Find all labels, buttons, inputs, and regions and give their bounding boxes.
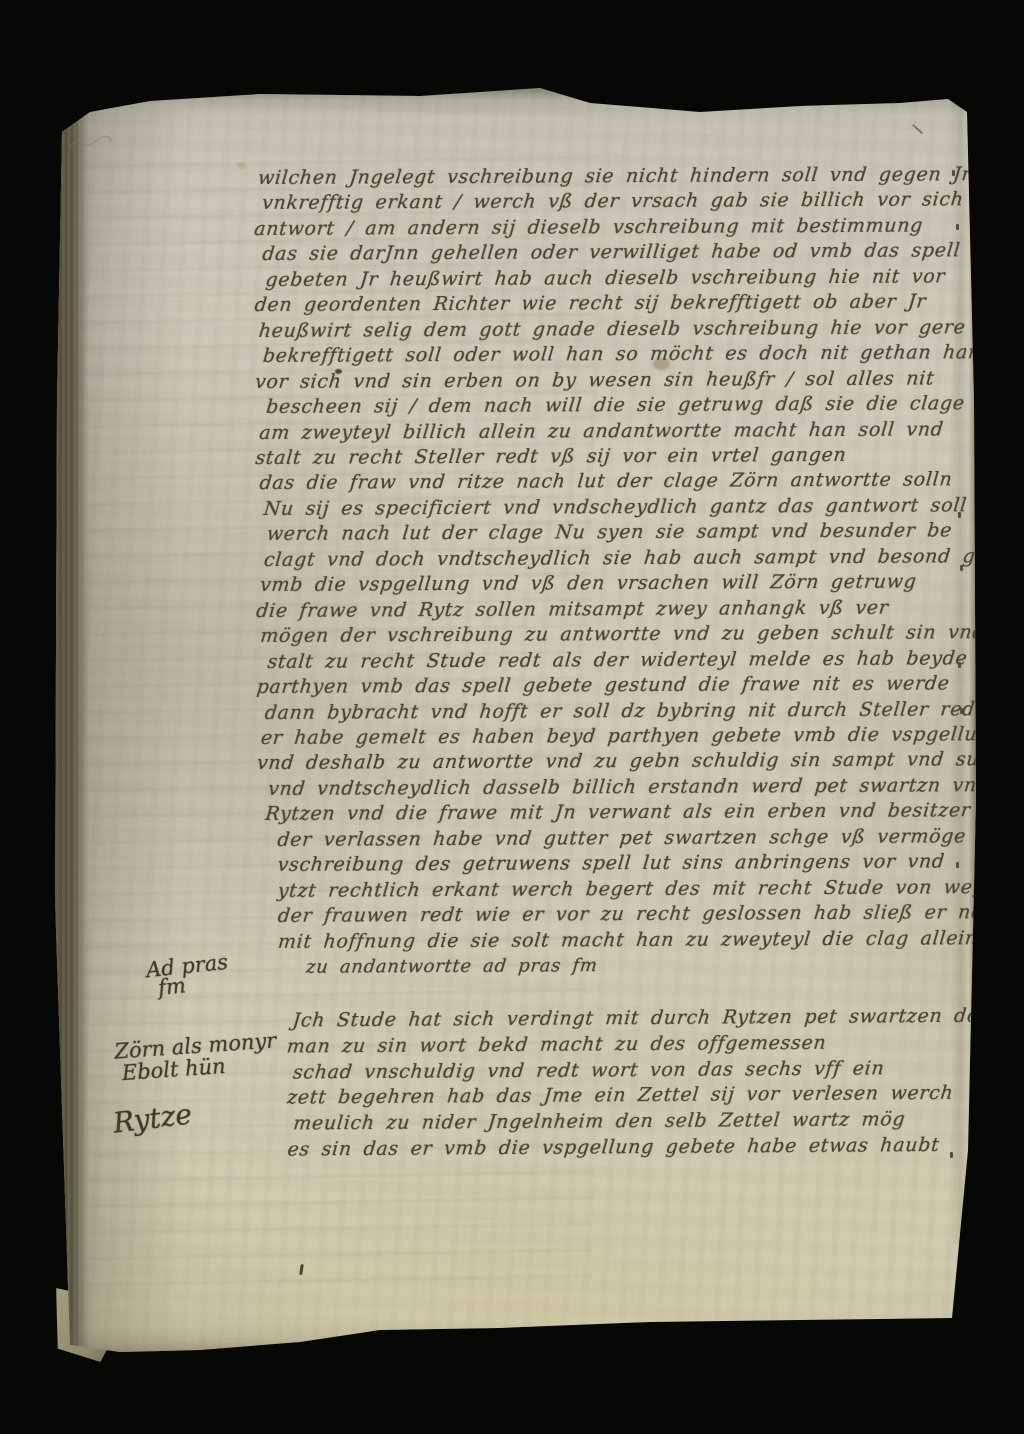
- bottom-edge-shadow: [55, 1322, 976, 1354]
- edge-speck: [952, 170, 955, 176]
- manuscript-line: vnkrefftig erkant / werch vß der vrsach …: [261, 187, 1013, 216]
- photograph-background: wilchen Jngelegt vschreibung sie nicht h…: [0, 0, 1024, 1434]
- manuscript-line: es sin das er vmb die vspgellung gebete …: [286, 1132, 1005, 1163]
- manuscript-line: mit hoffnung die sie solt macht han zu z…: [277, 926, 1017, 955]
- paper-stain: [237, 162, 246, 169]
- manuscript-line: mögen der vschreibung zu antwortte vnd z…: [259, 620, 1015, 649]
- manuscript-line: werch nach lut der clage Nu syen sie sam…: [266, 518, 1015, 547]
- manuscript-line: vmb die vspgellung vnd vß den vrsachen w…: [259, 569, 1015, 598]
- edge-speck: [956, 224, 959, 230]
- manuscript-line: parthyen vmb das spell gebete gestund di…: [255, 671, 1015, 700]
- manuscript-line: dann bybracht vnd hofft er soll dz bybri…: [263, 697, 1015, 726]
- manuscript-line: den geordenten Richter wie recht sij bek…: [253, 289, 1013, 318]
- manuscript-line: stalt zu recht Stude redt als der widert…: [266, 646, 1015, 675]
- manuscript-line: das die fraw vnd ritze nach lut der clag…: [258, 467, 1014, 496]
- edge-speck: [958, 662, 961, 668]
- body-paragraph-2: Jch Stude hat sich verdingt mit durch Ry…: [292, 1004, 1004, 1164]
- top-edge-shadow: [55, 88, 976, 118]
- edge-speck: [956, 862, 959, 868]
- manuscript-line: das sie darJnn gehellen oder verwilliget…: [261, 238, 1013, 267]
- faint-pencil-mark: [67, 134, 115, 154]
- edge-speck: [960, 708, 963, 714]
- ink-blot: [335, 369, 342, 374]
- manuscript-line: bekrefftigett soll oder woll han so möch…: [262, 340, 1014, 369]
- manuscript-line: Rytzen vnd die frawe mit Jn verwant als …: [264, 798, 1016, 827]
- paper-stain: [653, 358, 670, 370]
- corner-crease-mark: [912, 124, 923, 134]
- manuscript-line: vschreibung des getruwens spell lut sins…: [276, 849, 1016, 878]
- manuscript-line: der frauwen redt wie er vor zu recht ges…: [277, 900, 1017, 929]
- edge-speck: [958, 512, 961, 518]
- manuscript-line: vnd deshalb zu antwortte vnd zu gebn sch…: [256, 747, 1016, 776]
- marginal-note-ad-pras: Ad pras fm: [145, 950, 231, 1001]
- manuscript-line: am zweyteyl billich allein zu andantwort…: [258, 417, 1014, 446]
- edge-speck: [960, 565, 963, 571]
- manuscript-line: bescheen sij / dem nach will die sie get…: [265, 391, 1014, 420]
- body-paragraph-1: wilchen Jngelegt vschreibung sie nicht h…: [258, 162, 1016, 980]
- manuscript-page: wilchen Jngelegt vschreibung sie nicht h…: [55, 88, 976, 1354]
- edge-speck: [950, 1152, 953, 1158]
- manuscript-line: zu andantwortte ad pras fm: [305, 951, 1017, 980]
